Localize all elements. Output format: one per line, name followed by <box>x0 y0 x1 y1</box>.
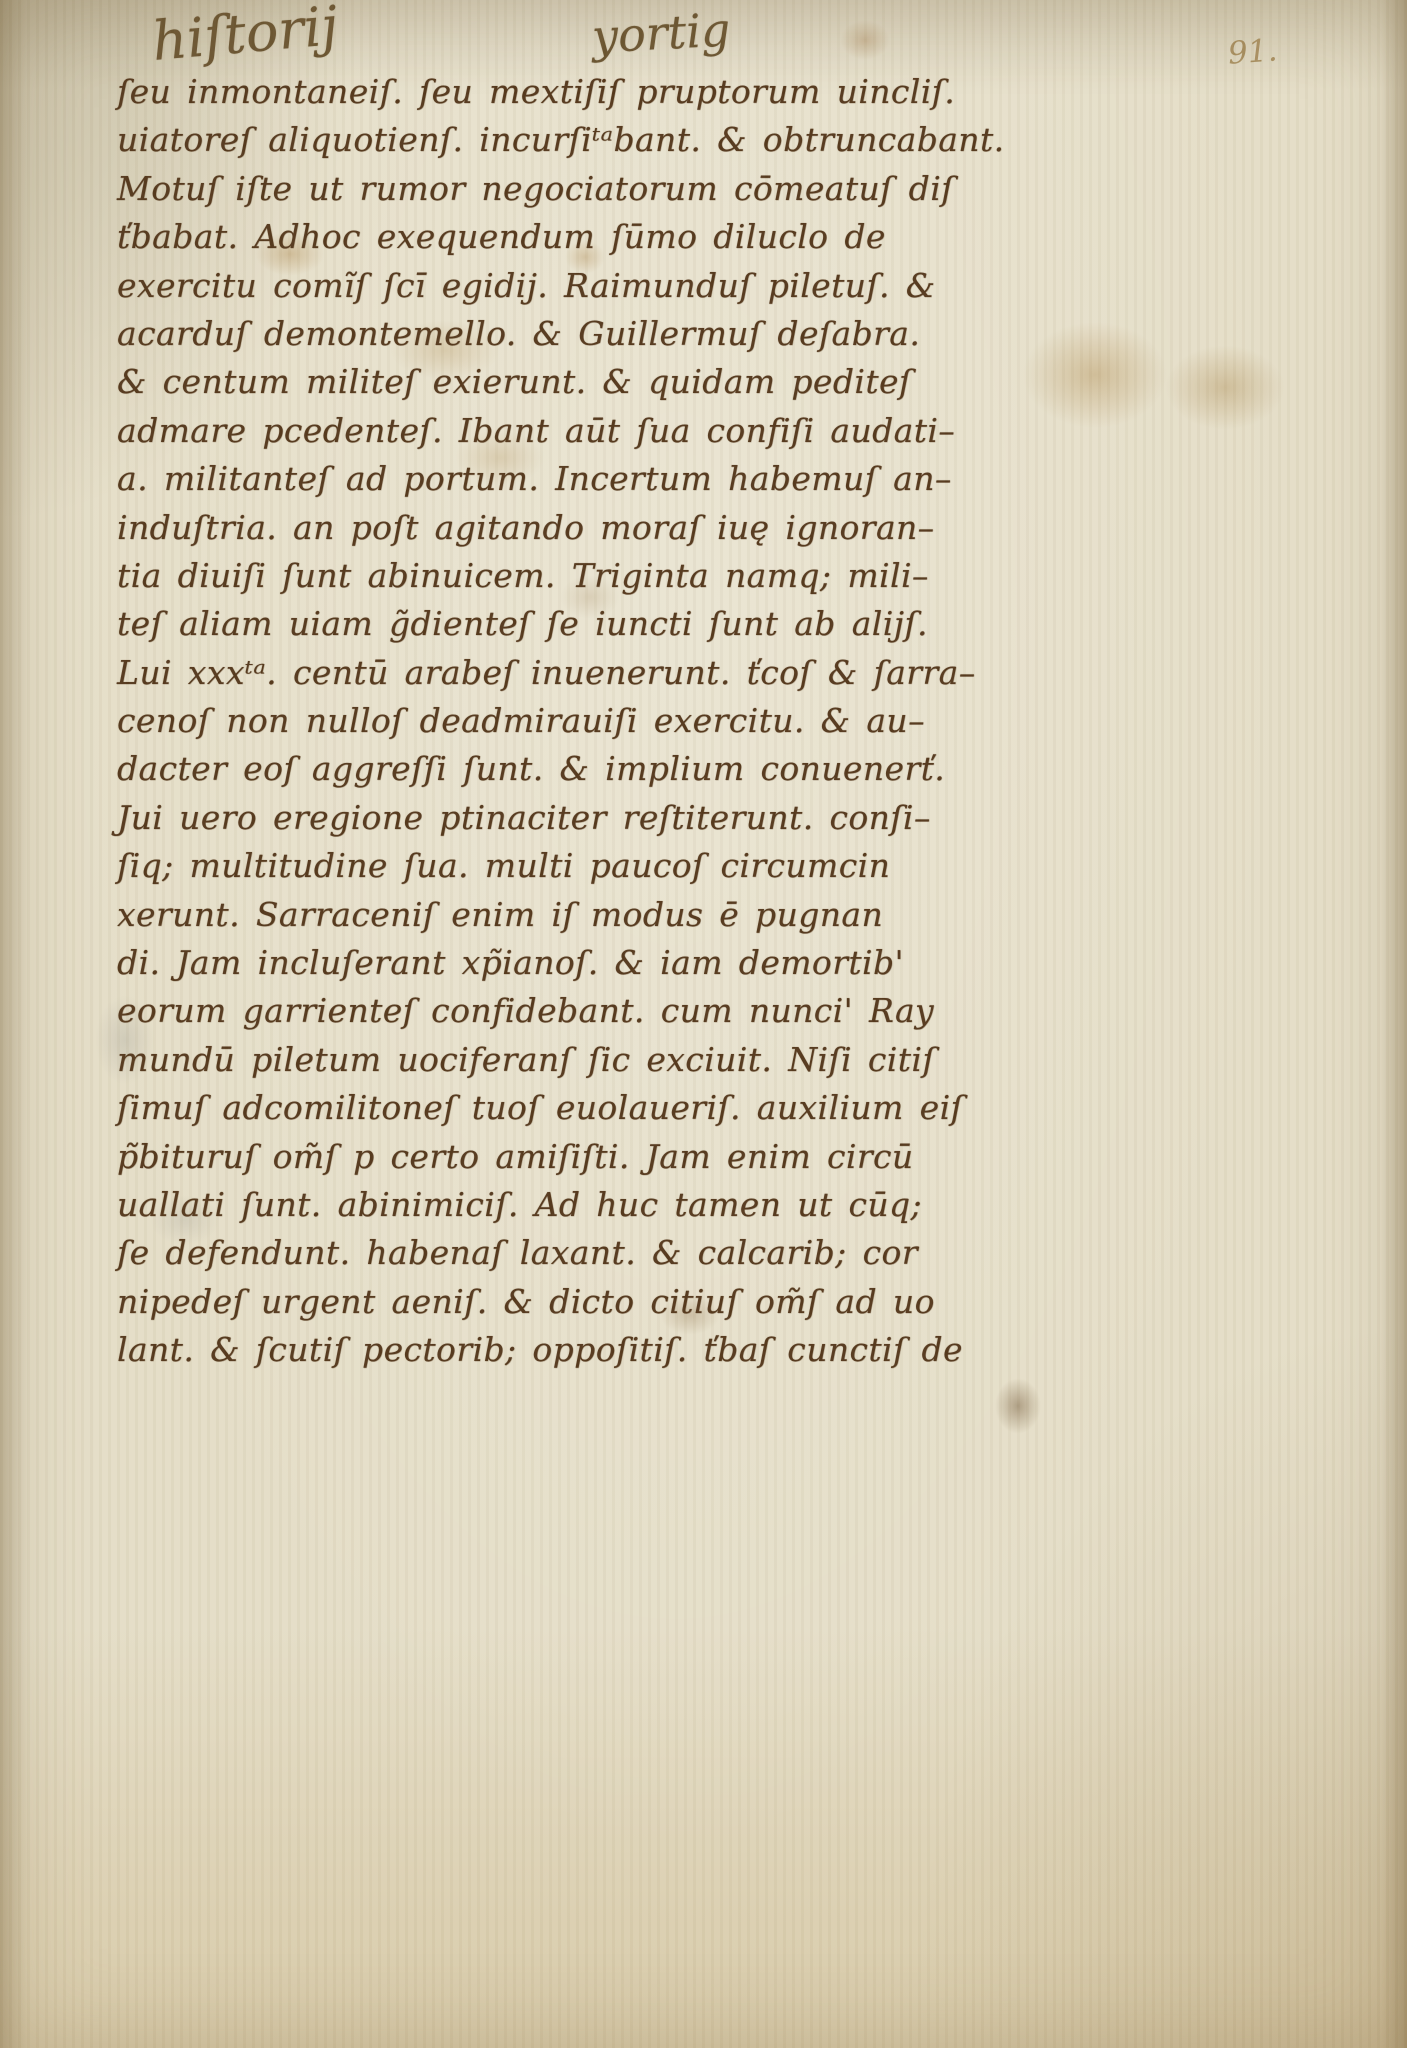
annotation-top-left: hiſtorij <box>150 0 341 73</box>
manuscript-line: uiatoreſ aliquotienſ. incurſiᵗᵃbant. & o… <box>117 116 937 164</box>
manuscript-line: ſiq; multitudine ſua. multi paucoſ circu… <box>117 842 937 890</box>
manuscript-line: nipedeſ urgent aeniſ. & dicto citiuſ om̃… <box>117 1278 937 1326</box>
folio-number: 91. <box>1227 32 1279 71</box>
manuscript-line: & centum militeſ exierunt. & quidam pedi… <box>117 358 937 406</box>
manuscript-line: exercitu comĩſ ſcī egidij. Raimunduſ pil… <box>117 262 937 310</box>
manuscript-line: Jui uero eregione ptinaciter reſtiterunt… <box>117 794 937 842</box>
manuscript-line: acarduſ demontemello. & Guillermuſ deſab… <box>117 310 937 358</box>
parchment-stain <box>840 20 890 60</box>
manuscript-line: dacter eoſ aggreſſi ſunt. & implium conu… <box>117 745 937 793</box>
manuscript-page: hiſtorij yortig 91. ſeu inmontaneiſ. ſeu… <box>0 0 1407 2048</box>
manuscript-line: admare pcedenteſ. Ibant aūt ſua confiſi … <box>117 407 937 455</box>
manuscript-line: ťbabat. Adhoc exequendum ſūmo diluclo de <box>117 213 937 261</box>
manuscript-line: ſimuſ adcomilitoneſ tuoſ euolaueriſ. aux… <box>117 1084 937 1132</box>
ink-blot <box>995 1378 1041 1434</box>
manuscript-line: mundū piletum uociferanſ ſic exciuit. Ni… <box>117 1036 937 1084</box>
manuscript-line: di. Jam incluſerant xp̃ianoſ. & iam demo… <box>117 939 937 987</box>
manuscript-line: lant. & ſcutiſ pectorib; oppoſitiſ. ťbaſ… <box>117 1326 937 1374</box>
text-block: ſeu inmontaneiſ. ſeu mextiſiſ pruptorum … <box>117 68 937 1375</box>
manuscript-line: tia diuiſi ſunt abinuicem. Triginta namq… <box>117 552 937 600</box>
manuscript-line: xerunt. Sarraceniſ enim iſ modus ē pugna… <box>117 891 937 939</box>
manuscript-line: ſe defendunt. habenaſ laxant. & calcarib… <box>117 1229 937 1277</box>
manuscript-line: uallati ſunt. abinimiciſ. Ad huc tamen u… <box>117 1181 937 1229</box>
parchment-stain <box>1165 345 1285 430</box>
manuscript-line: cenoſ non nulloſ deadmirauiſi exercitu. … <box>117 697 937 745</box>
manuscript-line: induſtria. an poſt agitando moraſ iuę ig… <box>117 504 937 552</box>
parchment-stain <box>1020 320 1170 430</box>
manuscript-line: Motuſ iſte ut rumor negociatorum cōmeatu… <box>117 165 937 213</box>
manuscript-line: teſ aliam uiam g̃dienteſ ſe iuncti ſunt … <box>117 600 937 648</box>
annotation-top-right: yortig <box>591 2 732 63</box>
manuscript-line: ſeu inmontaneiſ. ſeu mextiſiſ pruptorum … <box>117 68 937 116</box>
manuscript-line: p̃bituruſ om̃ſ p certo amiſiſti. Jam eni… <box>117 1133 937 1181</box>
manuscript-line: Lui xxxᵗᵃ. centū arabeſ inuenerunt. ťcoſ… <box>117 649 937 697</box>
manuscript-line: eorum garrienteſ confidebant. cum nunci'… <box>117 987 937 1035</box>
manuscript-line: a. militanteſ ad portum. Incertum habemu… <box>117 455 937 503</box>
